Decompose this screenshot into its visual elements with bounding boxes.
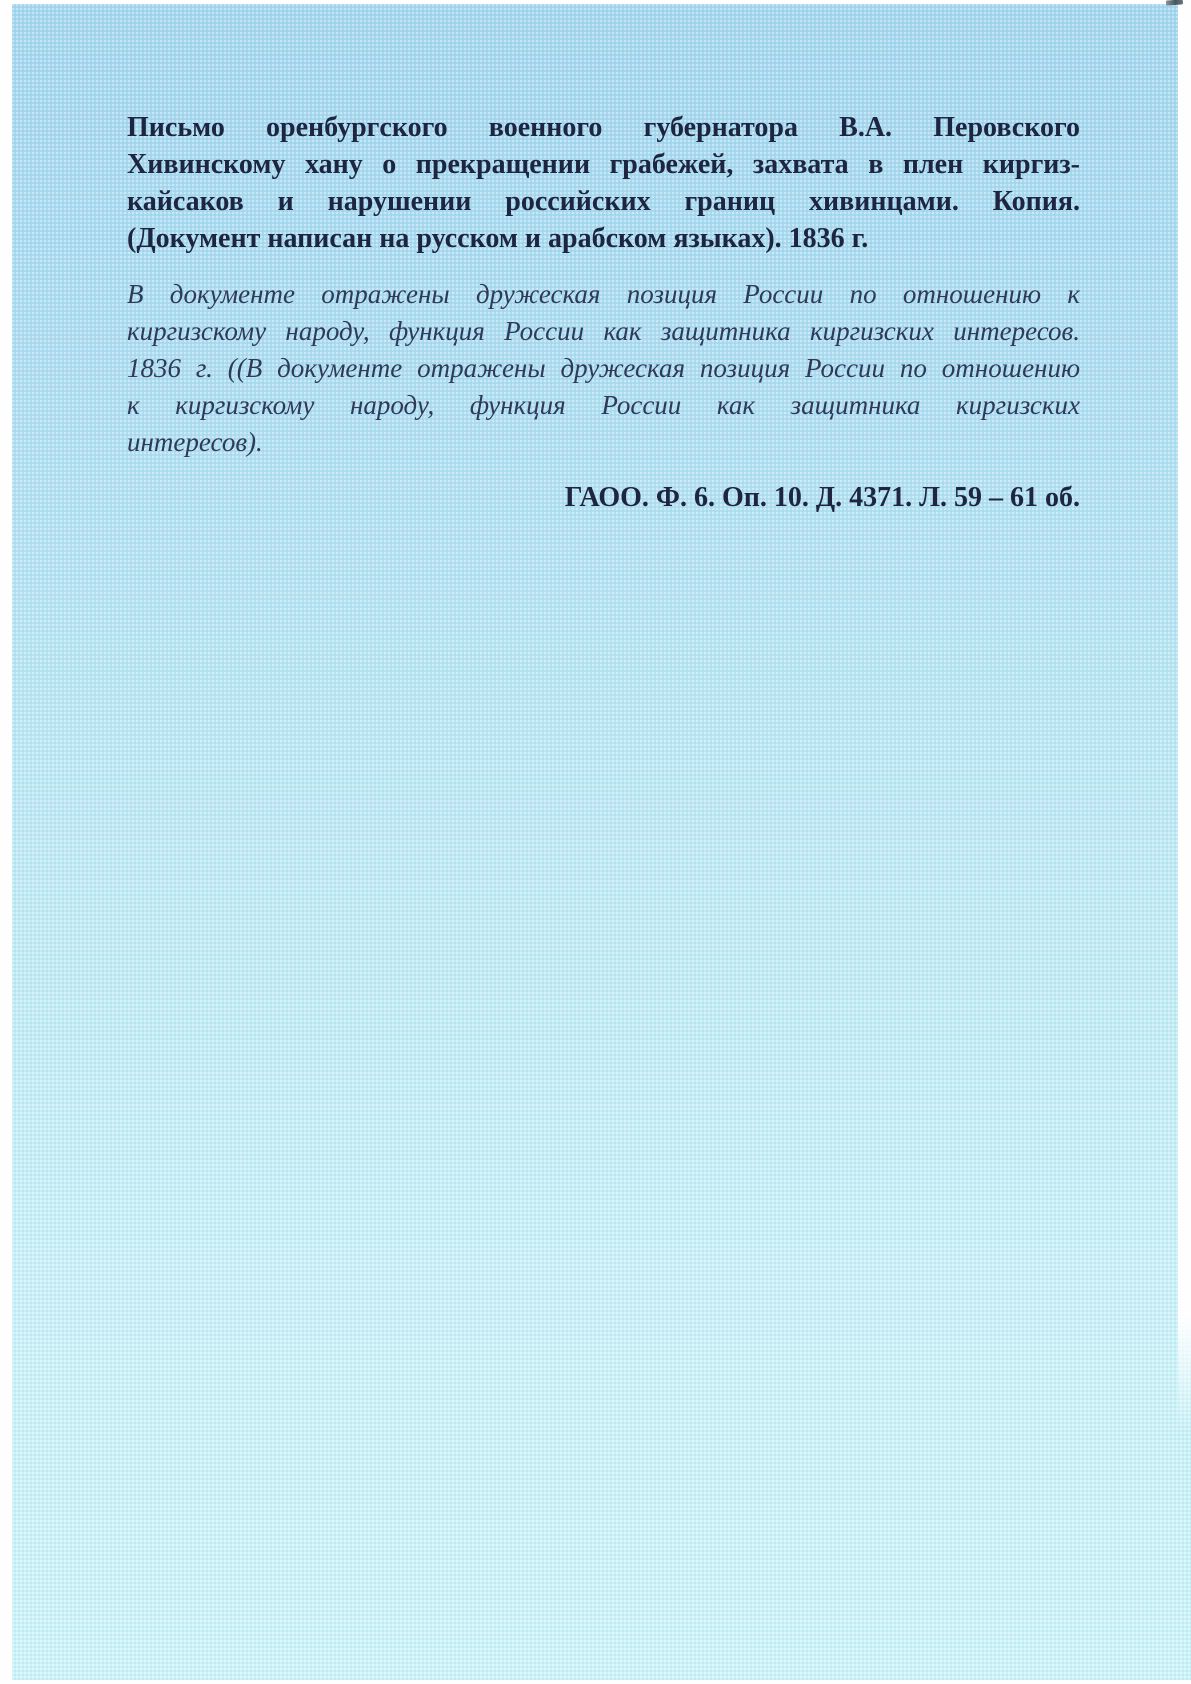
document-annotation-paragraph: В документе отражены дружеская позиция Р… — [127, 276, 1080, 461]
heading-line: Письмо оренбургского военного губернатор… — [127, 109, 1080, 146]
annotation-line: к киргизскому народу, функция России как… — [127, 387, 1080, 424]
heading-line: Хивинскому хану о прекращении грабежей, … — [127, 146, 1080, 183]
annotation-line: В документе отражены дружеская позиция Р… — [127, 276, 1080, 313]
scanned-page: Письмо оренбургского военного губернатор… — [12, 4, 1191, 1680]
annotation-line: интересов). — [127, 424, 1080, 461]
document-heading-paragraph: Письмо оренбургского военного губернатор… — [127, 109, 1080, 257]
annotation-line: 1836 г. ((В документе отражены дружеская… — [127, 350, 1080, 387]
archive-reference: ГАОО. Ф. 6. Оп. 10. Д. 4371. Л. 59 – 61 … — [127, 479, 1080, 516]
heading-line: (Документ написан на русском и арабском … — [127, 220, 1080, 257]
annotation-line: киргизскому народу, функция России как з… — [127, 313, 1080, 350]
scan-margin-strip — [1178, 0, 1191, 1430]
heading-line: кайсаков и нарушении российских границ х… — [127, 183, 1080, 220]
